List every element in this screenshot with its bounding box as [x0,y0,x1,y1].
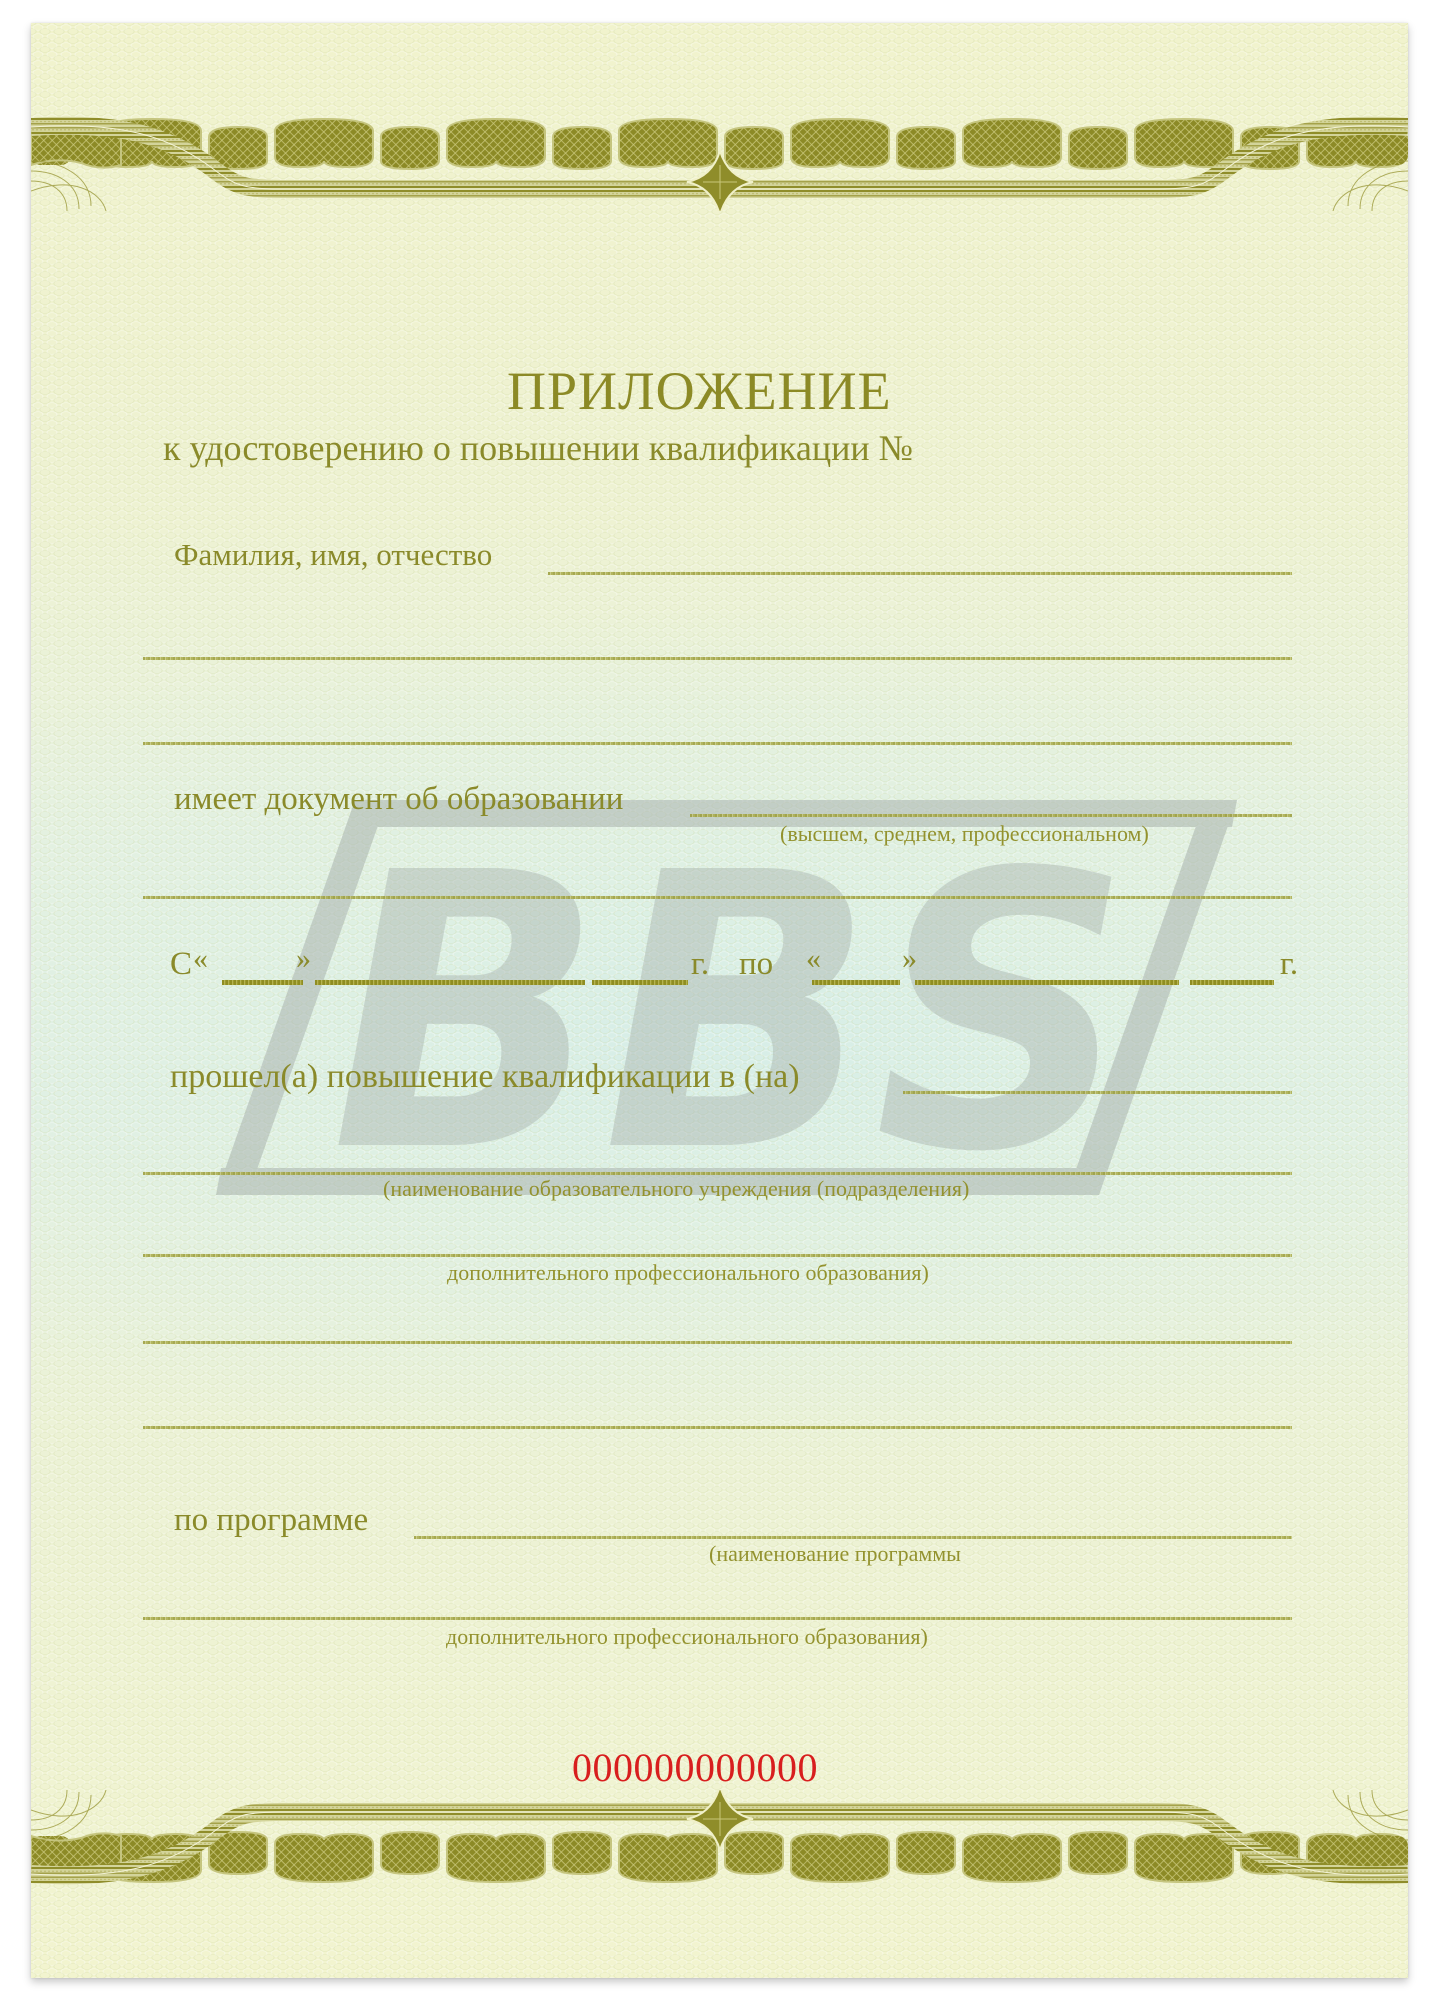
period-from-month-field[interactable] [315,980,585,985]
education-field-line-2[interactable] [143,896,1292,899]
education-field[interactable] [690,814,1292,817]
full-name-field-line-2[interactable] [143,657,1292,660]
bbs-watermark: BBS [31,23,1408,1978]
institution-label: прошел(а) повышение квалификации в (на) [170,1060,800,1094]
bottom-border-ornament [31,1790,1408,1920]
period-to-close-quote: » [902,944,917,974]
period-from-close-quote: » [296,944,311,974]
period-from-day-field[interactable] [222,980,303,985]
full-name-field-line-3[interactable] [143,742,1292,745]
institution-hint-1: (наименование образовательного учреждени… [383,1178,969,1200]
guilloche-background [31,23,1408,1978]
institution-field-line-5[interactable] [143,1426,1292,1429]
full-name-field[interactable] [548,572,1292,575]
certificate-appendix-page: BBS [31,23,1408,1978]
watermark-text: BBS [331,792,1131,1235]
full-name-label: Фамилия, имя, отчество [174,539,492,570]
period-from-prefix: С [170,948,192,981]
period-to-day-field[interactable] [812,980,900,985]
institution-field-line-3[interactable] [143,1254,1292,1257]
period-to-year-suffix: г. [1280,948,1298,981]
top-border-ornament [31,81,1408,211]
institution-field[interactable] [903,1091,1292,1094]
period-to-month-field[interactable] [915,980,1179,985]
guilloche-background-secondary [31,23,1408,1978]
period-to-open-quote: « [806,944,821,974]
institution-hint-2: дополнительного профессионального образо… [447,1262,929,1284]
institution-field-line-4[interactable] [143,1341,1292,1344]
serial-number: 000000000000 [572,1748,818,1788]
period-to-year-field[interactable] [1190,980,1274,985]
program-label: по программе [174,1504,368,1537]
education-hint: (высшем, среднем, профессиональном) [780,823,1149,845]
period-from-open-quote: « [193,944,208,974]
program-hint-1: (наименование программы [709,1543,961,1565]
program-field[interactable] [414,1536,1292,1539]
institution-field-line-2[interactable] [143,1172,1292,1175]
page-title: ПРИЛОЖЕНИЕ [507,364,892,418]
program-hint-2: дополнительного профессионального образо… [446,1626,928,1648]
page-subtitle: к удостоверению о повышении квалификации… [163,430,913,466]
period-from-year-suffix: г. [691,948,709,981]
education-label: имеет документ об образовании [174,783,623,816]
period-to-prefix: по [739,948,773,981]
program-field-line-2[interactable] [143,1617,1292,1620]
period-from-year-field[interactable] [592,980,688,985]
